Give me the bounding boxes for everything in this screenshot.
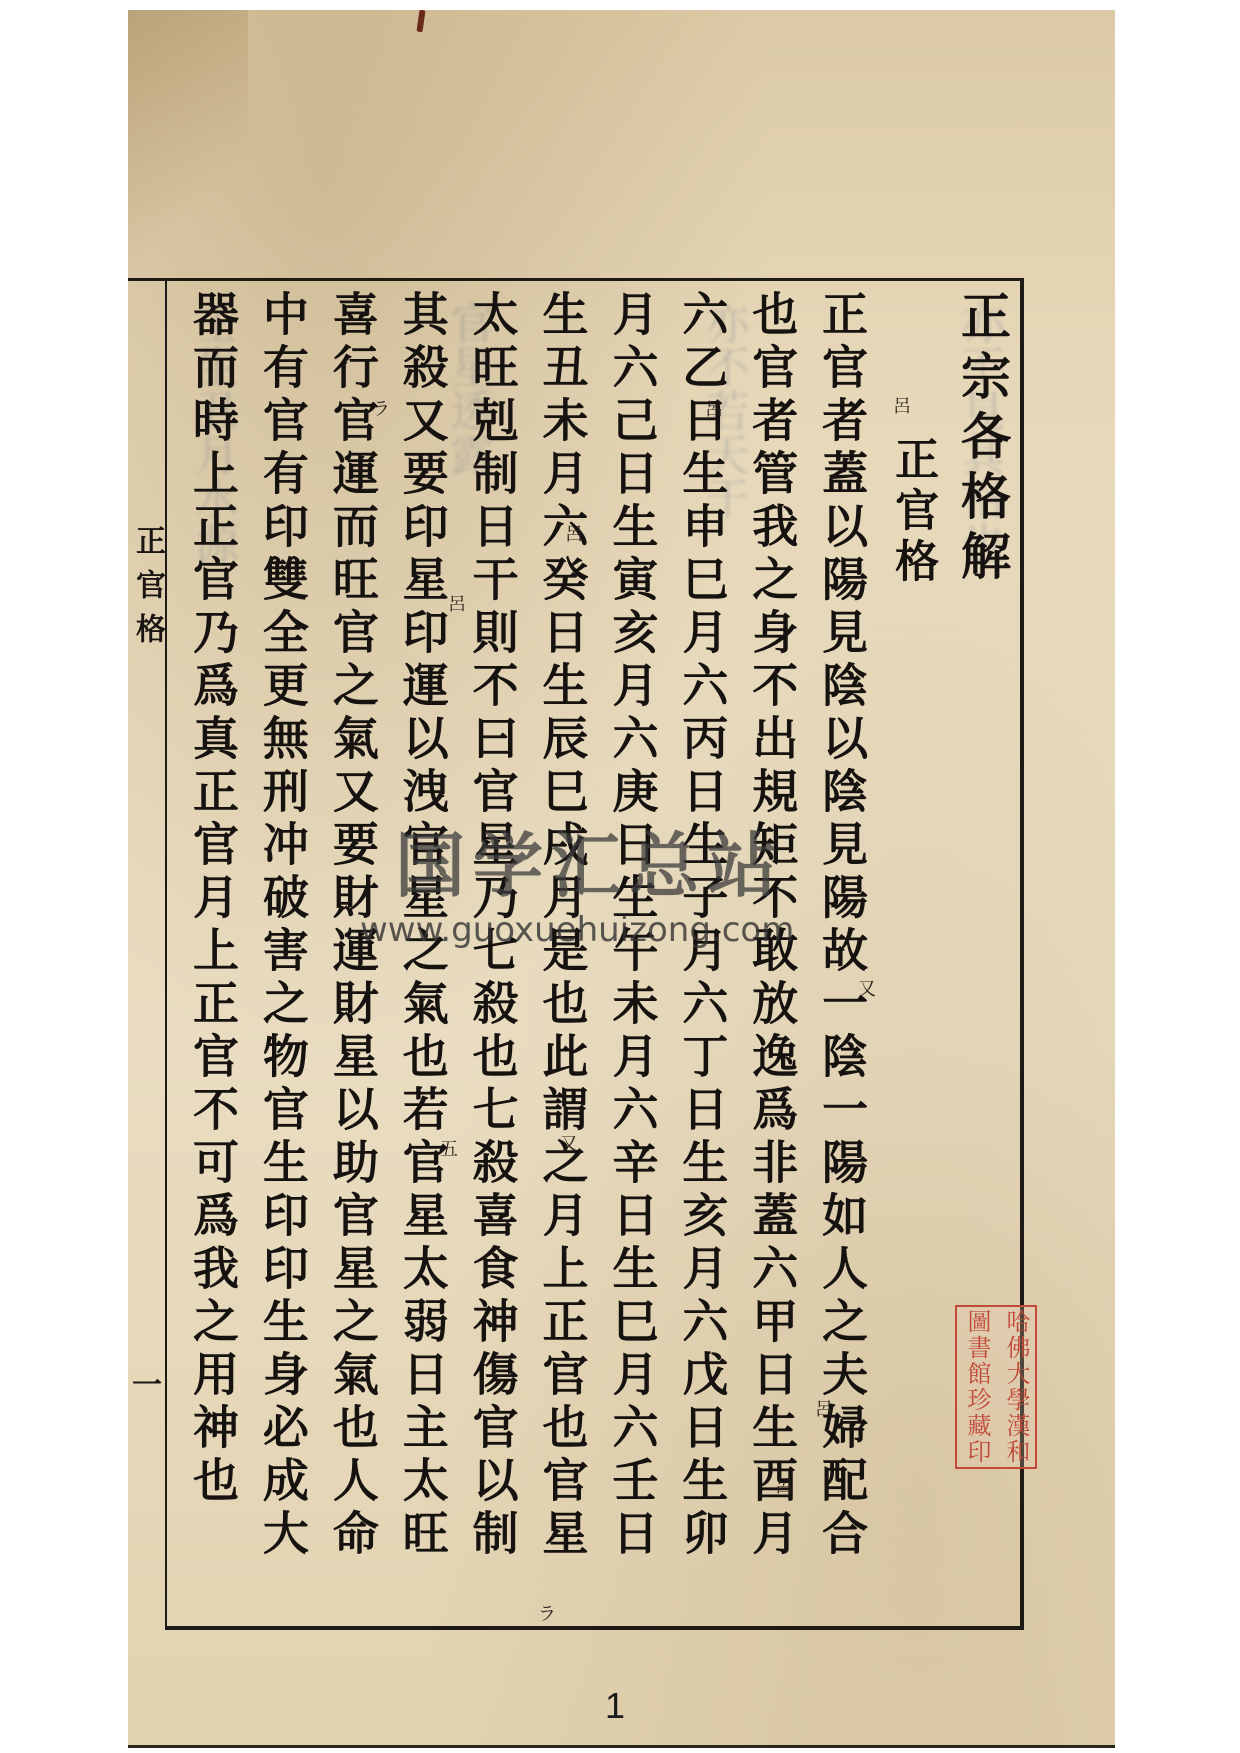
kunten-mark: 呂	[705, 395, 723, 421]
seal-text: 圖書館珍藏印	[957, 1307, 996, 1467]
text-column: 月六己日生寅亥月六庚日生午未月六辛日生巳月六壬日	[599, 290, 665, 1610]
text-column: 中有官有印雙全更無刑冲破害之物官生印印生身必成大	[250, 290, 316, 1610]
leaf-number: 一	[132, 1360, 162, 1404]
kunten-mark: 呂	[775, 1472, 793, 1498]
kunten-mark: ラ	[372, 395, 390, 421]
watermark-text: 国学汇总站	[395, 810, 785, 911]
kunten-mark: 呂	[565, 520, 583, 546]
kunten-mark: 呂	[815, 1395, 833, 1421]
banxin-title: 正官格	[126, 525, 168, 657]
watermark-url: www.guoxuehuizong.com	[360, 910, 794, 950]
kunten-mark: 又	[560, 1130, 578, 1156]
kunten-mark: 又	[858, 975, 876, 1001]
kunten-mark: 五	[440, 1135, 458, 1161]
section-heading: 正官格	[879, 290, 945, 1610]
kunten-mark: 呂	[893, 392, 911, 418]
text-column: 器而時上正官乃爲真正官月上正官不可爲我之用神也	[180, 290, 246, 1610]
kunten-mark: 呂	[448, 590, 466, 616]
main-text: 正宗各格解 正官格 正官者蓋以陽見陰以陰見陽故一陰一陽如人之夫婦配合 也官者管我…	[180, 290, 1015, 1610]
text-column: 也官者管我之身不出規矩不敢放逸爲非蓋六甲日生酉月	[739, 290, 805, 1610]
text-column: 六乙日生申巳月六丙日生子月六丁日生亥月六戊日生卯	[669, 290, 735, 1610]
page-margin	[128, 278, 165, 1626]
text-column: 喜行官運而旺官之氣又要財運財星以助官星之氣也人命	[320, 290, 386, 1610]
ink-mark	[416, 10, 425, 33]
page-number: 1	[605, 1685, 625, 1727]
frame-left-rule	[165, 278, 167, 1627]
kunten-mark: ラ	[538, 1600, 556, 1626]
paper-stain	[128, 10, 248, 270]
library-seal: 哈佛大學漢和 圖書館珍藏印	[955, 1305, 1037, 1469]
banxin-label: 正官格	[130, 525, 164, 657]
text-column: 其殺又要印星印運以洩官星之氣也若官星太弱日主太旺	[390, 290, 456, 1610]
seal-text: 哈佛大學漢和	[996, 1307, 1035, 1467]
text-column: 生丑未月六癸日生辰巳戌月是也此謂之月上正官也官星	[530, 290, 596, 1610]
text-column: 太旺剋制日干則不曰官星乃七殺也七殺喜食神傷官以制	[460, 290, 526, 1610]
